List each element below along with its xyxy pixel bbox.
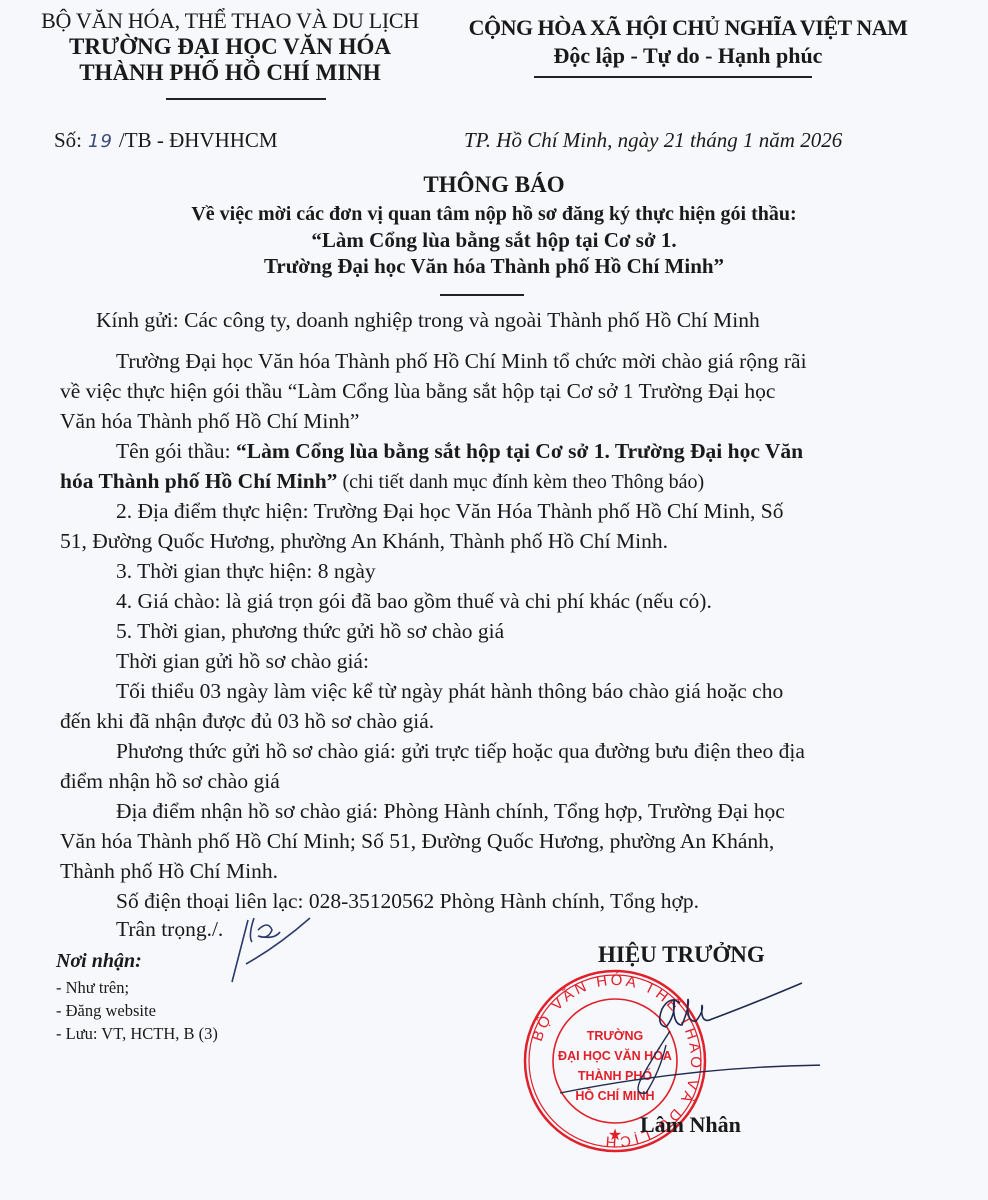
issuing-authority: BỘ VĂN HÓA, THỂ THAO VÀ DU LỊCH TRƯỜNG Đ… [30,8,430,86]
location-line1: Địa điểm nhận hồ sơ chào giá: Phòng Hành… [116,796,785,826]
subtitle-line1: Về việc mời các đơn vị quan tâm nộp hồ s… [0,201,988,227]
document-page: BỘ VĂN HÓA, THỂ THAO VÀ DU LỊCH TRƯỜNG Đ… [0,0,988,1200]
seal-star-icon: ★ [608,1127,622,1144]
method-line1: Phương thức gửi hồ sơ chào giá: gửi trực… [116,736,805,766]
package-name-line2: hóa Thành phố Hồ Chí Minh” (chi tiết dan… [60,466,704,497]
recipient-item: - Như trên; [56,978,129,998]
recipient-item: - Lưu: VT, HCTH, B (3) [56,1024,218,1044]
intro-line2: về việc thực hiện gói thầu “Làm Cổng lùa… [60,376,775,406]
initial-signature [228,906,318,986]
country-name: CỘNG HÒA XÃ HỘI CHỦ NGHĨA VIỆT NAM [448,14,928,42]
package-name-line1: Tên gói thầu: “Làm Cổng lùa bằng sắt hộp… [116,436,803,466]
handwritten-number: 19 [82,131,119,152]
item-2-line1: 2. Địa điểm thực hiện: Trường Đại học Vă… [116,496,784,526]
item-2-line2: 51, Đường Quốc Hương, phường An Khánh, T… [60,526,668,556]
place-date: TP. Hồ Chí Minh, ngày 21 tháng 1 năm 202… [464,128,842,153]
intro-line3: Văn hóa Thành phố Hồ Chí Minh” [60,406,359,436]
phone-contact: Số điện thoại liên lạc: 028-35120562 Phò… [116,886,699,916]
national-header: CỘNG HÒA XÃ HỘI CHỦ NGHĨA VIỆT NAM Độc l… [448,14,928,70]
submit-time-line2: đến khi đã nhận được đủ 03 hồ sơ chào gi… [60,706,434,736]
recipient-item: - Đăng website [56,1001,156,1021]
item-5: 5. Thời gian, phương thức gửi hồ sơ chào… [116,616,504,646]
intro-line1: Trường Đại học Văn hóa Thành phố Hồ Chí … [116,346,807,376]
location-line2: Văn hóa Thành phố Hồ Chí Minh; Số 51, Đư… [60,826,774,856]
submit-time-label: Thời gian gửi hồ sơ chào giá: [116,646,369,676]
item-4: 4. Giá chào: là giá trọn gói đã bao gồm … [116,586,712,616]
ministry-name: BỘ VĂN HÓA, THỂ THAO VÀ DU LỊCH [30,8,430,34]
school-name-line1: TRƯỜNG ĐẠI HỌC VĂN HÓA [30,34,430,60]
signatory-name: Lâm Nhân [640,1112,741,1138]
principal-signature [520,975,820,1115]
closing: Trân trọng./. [116,914,223,944]
item-3: 3. Thời gian thực hiện: 8 ngày [116,556,376,586]
method-line2: điểm nhận hồ sơ chào giá [60,766,280,796]
location-line3: Thành phố Hồ Chí Minh. [60,856,278,886]
header-right-rule [534,76,812,78]
submit-time-line1: Tối thiểu 03 ngày làm việc kể từ ngày ph… [116,676,783,706]
title-rule [440,294,524,296]
header-left-rule [166,98,326,100]
national-motto: Độc lập - Tự do - Hạnh phúc [448,42,928,70]
document-number: Số:19/TB - ĐHVHHCM [54,128,278,153]
signatory-title: HIỆU TRƯỞNG [598,942,765,968]
recipients-title: Nơi nhận: [56,950,142,973]
school-name-line2: THÀNH PHỐ HỒ CHÍ MINH [30,60,430,86]
addressee: Kính gửi: Các công ty, doanh nghiệp tron… [96,305,760,335]
subtitle-line3: Trường Đại học Văn hóa Thành phố Hồ Chí … [0,253,988,279]
subtitle-line2: “Làm Cổng lùa bằng sắt hộp tại Cơ sở 1. [0,227,988,253]
document-title: THÔNG BÁO [0,172,988,198]
